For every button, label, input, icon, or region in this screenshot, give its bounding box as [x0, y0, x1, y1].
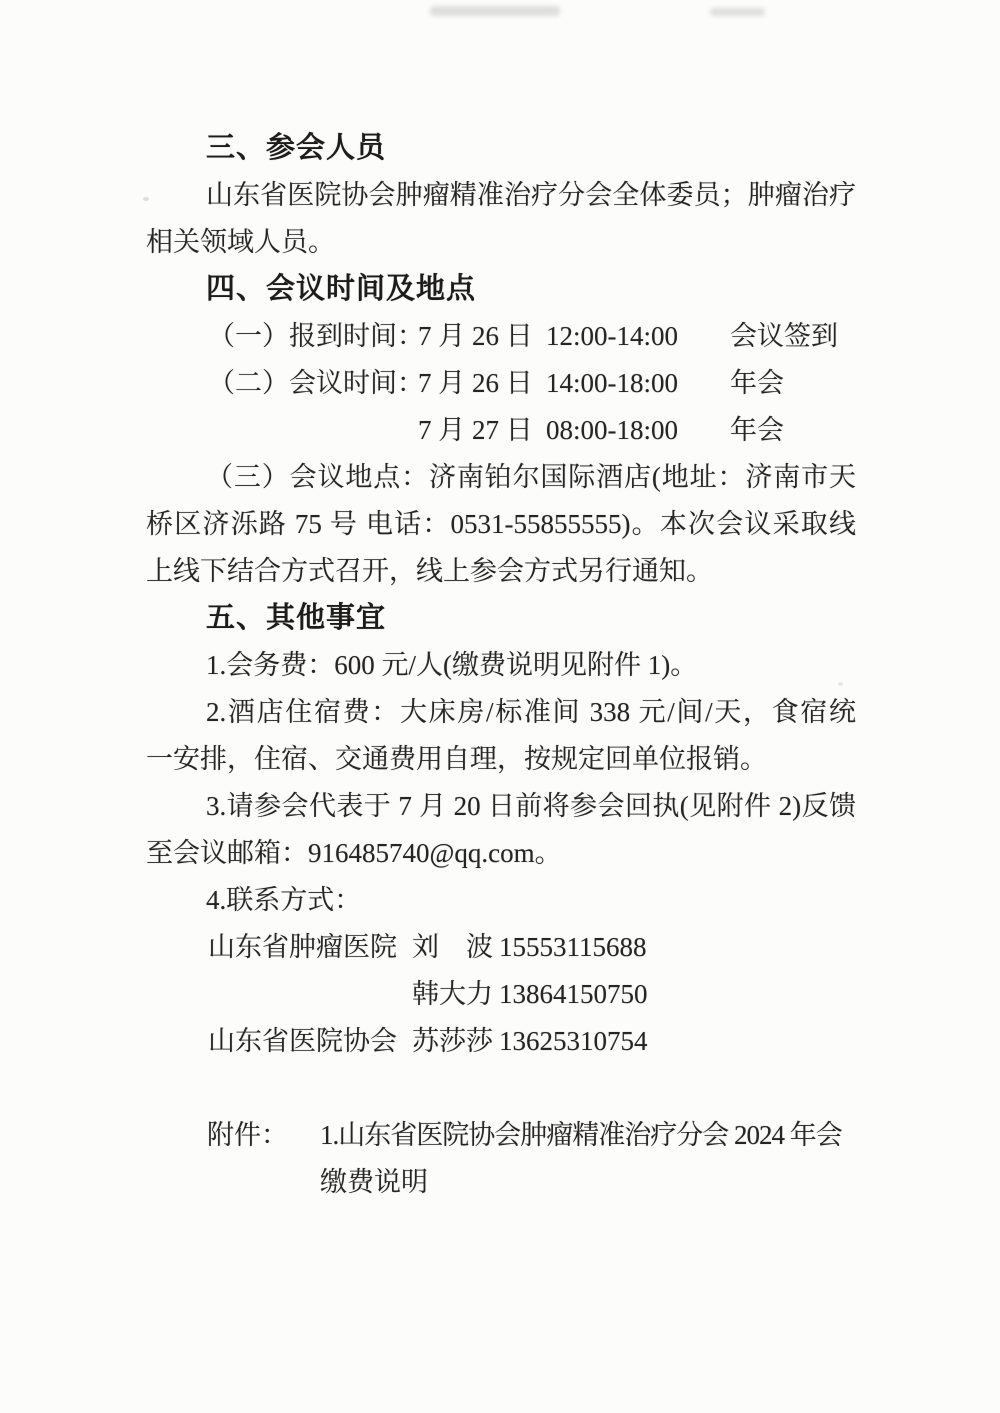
contact-org: 山东省医院协会 [208, 1018, 397, 1065]
attachment-item-1: 1.山东省医院协会肿瘤精准治疗分会 2024 年会 [320, 1112, 842, 1159]
schedule-label: （一）报到时间： [208, 313, 424, 360]
contact-name: 刘 波 [412, 924, 493, 971]
attachment-label: 附件： [207, 1112, 288, 1159]
contact-org: 山东省肿瘤医院 [208, 924, 397, 971]
other-item-3-line-1: 3.请参会代表于 7 月 20 日前将参会回执(见附件 2)反馈 [146, 783, 856, 830]
scan-smudge [430, 6, 560, 16]
other-item-2-line-2: 一安排，住宿、交通费用自理，按规定回单位报销。 [146, 736, 856, 783]
schedule-date: 7 月 26 日 [418, 360, 533, 407]
schedule-row-meeting-day2: 7 月 27 日 08:00-18:00 年会 [146, 407, 856, 454]
schedule-time: 14:00-18:00 [546, 360, 678, 407]
section-heading-participants: 三、参会人员 [146, 125, 856, 172]
schedule-note: 会议签到 [730, 313, 838, 360]
other-item-2-line-1: 2.酒店住宿费：大床房/标准间 338 元/间/天，食宿统 [146, 689, 856, 736]
attachment-line-2: 缴费说明 [146, 1159, 856, 1206]
contact-phone: 15553115688 [499, 924, 647, 971]
participants-text-line-2: 相关领域人员。 [146, 219, 856, 266]
contact-row-1: 山东省肿瘤医院 刘 波 15553115688 [146, 924, 856, 971]
other-item-3-line-2: 至会议邮箱：916485740@qq.com。 [146, 830, 856, 877]
section-heading-time-place: 四、会议时间及地点 [146, 266, 856, 313]
schedule-note: 年会 [730, 407, 784, 454]
schedule-label: （二）会议时间： [208, 360, 424, 407]
schedule-date: 7 月 26 日 [418, 313, 533, 360]
location-text-line-2: 桥区济泺路 75 号 电话：0531-55855555)。本次会议采取线 [146, 501, 856, 548]
schedule-time: 12:00-14:00 [546, 313, 678, 360]
schedule-date: 7 月 27 日 [418, 407, 533, 454]
scan-smudge [710, 8, 765, 16]
document-body: 三、参会人员 山东省医院协会肿瘤精准治疗分会全体委员；肿瘤治疗 相关领域人员。 … [146, 125, 856, 1206]
location-text-line-3: 上线下结合方式召开，线上参会方式另行通知。 [146, 548, 856, 595]
schedule-note: 年会 [730, 360, 784, 407]
other-item-1: 1.会务费：600 元/人(缴费说明见附件 1)。 [146, 642, 856, 689]
contact-phone: 13625310754 [499, 1018, 648, 1065]
contact-phone: 13864150750 [499, 971, 648, 1018]
attachment-line-1: 附件： 1.山东省医院协会肿瘤精准治疗分会 2024 年会 [146, 1112, 856, 1159]
schedule-row-checkin: （一）报到时间： 7 月 26 日 12:00-14:00 会议签到 [146, 313, 856, 360]
section-heading-other: 五、其他事宜 [146, 595, 856, 642]
schedule-time: 08:00-18:00 [546, 407, 678, 454]
location-text-line-1: （三）会议地点：济南铂尔国际酒店(地址：济南市天 [146, 454, 856, 501]
schedule-row-meeting-day1: （二）会议时间： 7 月 26 日 14:00-18:00 年会 [146, 360, 856, 407]
contact-row-3: 山东省医院协会 苏莎莎 13625310754 [146, 1018, 856, 1065]
contact-row-2: 韩大力 13864150750 [146, 971, 856, 1018]
contact-name: 苏莎莎 [412, 1018, 493, 1065]
contact-name: 韩大力 [412, 971, 493, 1018]
participants-text-line-1: 山东省医院协会肿瘤精准治疗分会全体委员；肿瘤治疗 [146, 172, 856, 219]
attachment-item-1-continued: 缴费说明 [320, 1159, 428, 1206]
scanned-document-page: 三、参会人员 山东省医院协会肿瘤精准治疗分会全体委员；肿瘤治疗 相关领域人员。 … [0, 0, 1000, 1413]
blank-line [146, 1065, 856, 1112]
other-item-4: 4.联系方式： [146, 877, 856, 924]
